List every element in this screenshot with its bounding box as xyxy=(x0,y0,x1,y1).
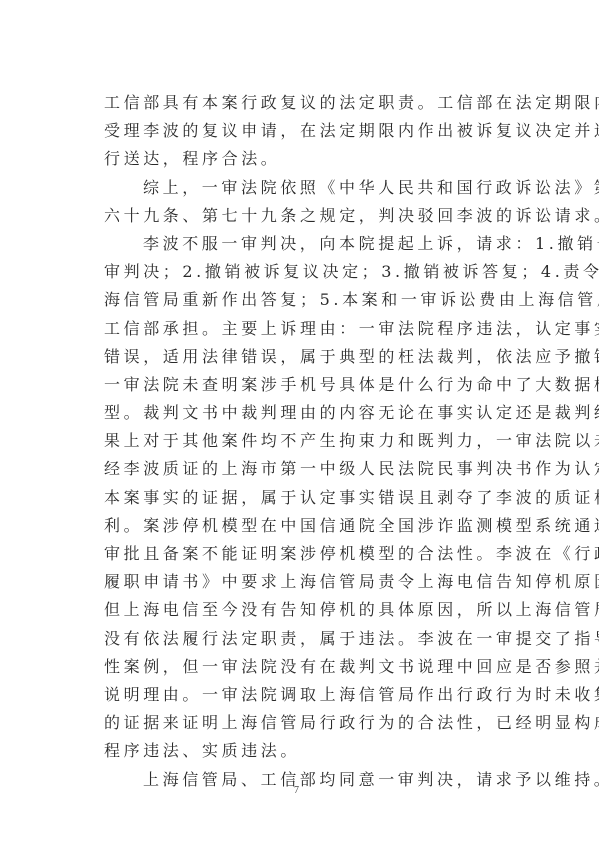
document-body: 工信部具有本案行政复议的法定职责。工信部在法定期限内 受理李波的复议申请，在法定… xyxy=(104,89,504,794)
paragraph: 李波不服一审判决，向本院提起上诉，请求：1.撤销一 审判决；2.撤销被诉复议决定… xyxy=(104,230,504,766)
text-line: 履职申请书》中要求上海信管局责令上海电信告知停机原因， xyxy=(104,568,504,596)
text-line: 上海信管局、工信部均同意一审判决，请求予以维持。 xyxy=(104,766,504,794)
page-number: 7 xyxy=(294,785,299,796)
text-line: 错误，适用法律错误，属于典型的枉法裁判，依法应予撤销。 xyxy=(104,343,504,371)
text-line: 型。裁判文书中裁判理由的内容无论在事实认定还是裁判结 xyxy=(104,399,504,427)
text-line: 利。案涉停机模型在中国信通院全国涉诈监测模型系统通过 xyxy=(104,512,504,540)
text-line: 综上，一审法院依照《中华人民共和国行政诉讼法》第 xyxy=(104,174,504,202)
text-line: 没有依法履行法定职责，属于违法。李波在一审提交了指导 xyxy=(104,625,504,653)
text-line: 六十九条、第七十九条之规定，判决驳回李波的诉讼请求。 xyxy=(104,202,504,230)
text-line: 本案事实的证据，属于认定事实错误且剥夺了李波的质证权 xyxy=(104,484,504,512)
text-line: 但上海电信至今没有告知停机的具体原因，所以上海信管局 xyxy=(104,596,504,624)
paragraph: 工信部具有本案行政复议的法定职责。工信部在法定期限内 受理李波的复议申请，在法定… xyxy=(104,89,504,174)
document-page: 工信部具有本案行政复议的法定职责。工信部在法定期限内 受理李波的复议申请，在法定… xyxy=(0,0,599,848)
text-line: 程序违法、实质违法。 xyxy=(104,737,504,765)
text-line: 行送达，程序合法。 xyxy=(104,145,504,173)
text-line: 一审法院未查明案涉手机号具体是什么行为命中了大数据模 xyxy=(104,371,504,399)
text-line: 工信部承担。主要上诉理由：一审法院程序违法，认定事实 xyxy=(104,315,504,343)
text-line: 审判决；2.撤销被诉复议决定；3.撤销被诉答复；4.责令上 xyxy=(104,258,504,286)
text-line: 李波不服一审判决，向本院提起上诉，请求：1.撤销一 xyxy=(104,230,504,258)
text-line: 果上对于其他案件均不产生拘束力和既判力，一审法院以未 xyxy=(104,427,504,455)
text-line: 受理李波的复议申请，在法定期限内作出被诉复议决定并进 xyxy=(104,117,504,145)
text-line: 说明理由。一审法院调取上海信管局作出行政行为时未收集 xyxy=(104,681,504,709)
text-line: 审批且备案不能证明案涉停机模型的合法性。李波在《行政 xyxy=(104,540,504,568)
text-line: 海信管局重新作出答复；5.本案和一审诉讼费由上海信管局、 xyxy=(104,286,504,314)
text-line: 经李波质证的上海市第一中级人民法院民事判决书作为认定 xyxy=(104,455,504,483)
text-line: 性案例，但一审法院没有在裁判文书说理中回应是否参照并 xyxy=(104,653,504,681)
text-line: 工信部具有本案行政复议的法定职责。工信部在法定期限内 xyxy=(104,89,504,117)
paragraph: 上海信管局、工信部均同意一审判决，请求予以维持。 xyxy=(104,766,504,794)
text-line: 的证据来证明上海信管局行政行为的合法性，已经明显构成 xyxy=(104,709,504,737)
paragraph: 综上，一审法院依照《中华人民共和国行政诉讼法》第 六十九条、第七十九条之规定，判… xyxy=(104,174,504,230)
